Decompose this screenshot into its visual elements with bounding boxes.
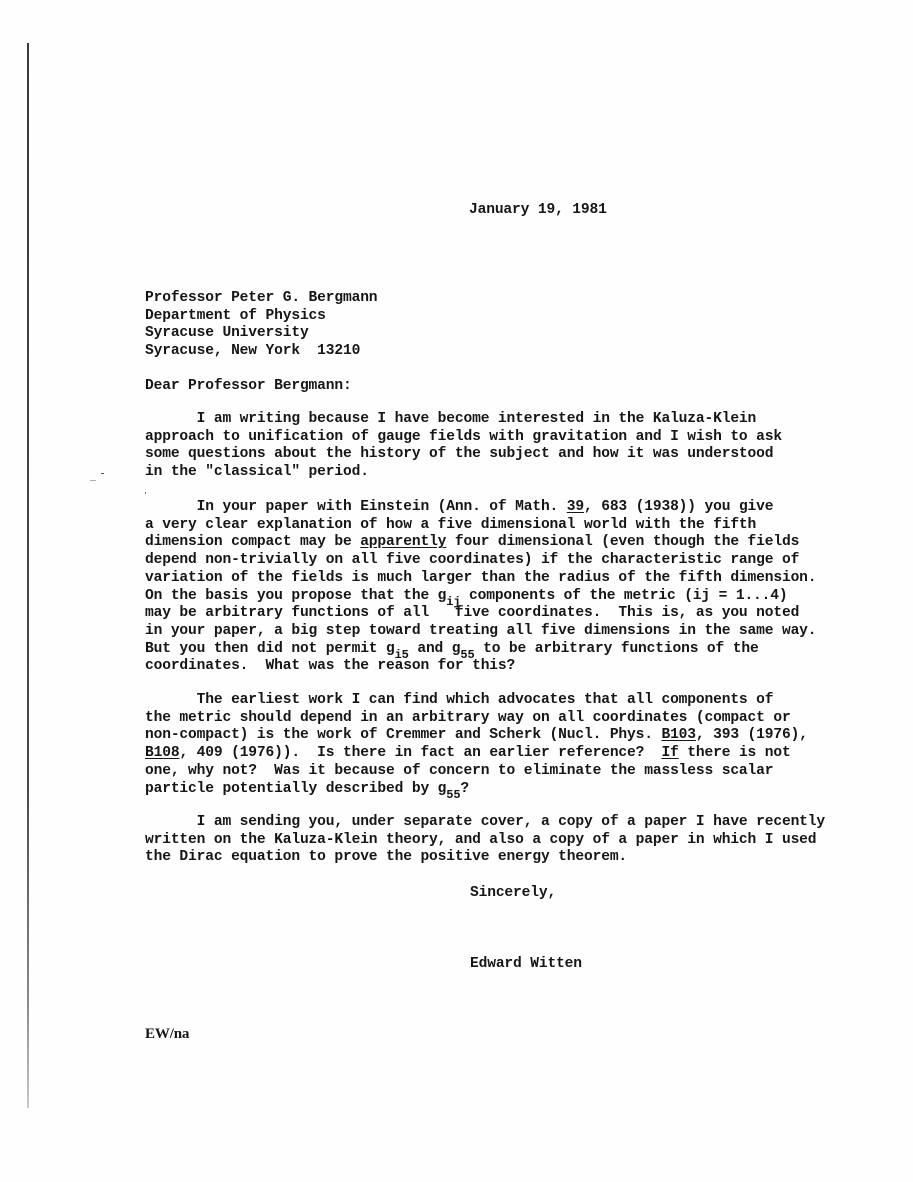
paragraph-1: I am writing because I have become inter… <box>145 411 782 482</box>
text-run: to be arbitrary functions of the <box>475 641 759 657</box>
paragraph-line: in your paper, a big step toward treatin… <box>145 623 816 641</box>
paragraph-line: non-compact) is the work of Cremmer and … <box>145 727 808 745</box>
paragraph-line: particle potentially described by g55? <box>145 781 808 799</box>
text-run: four dimensional (even though the fields <box>446 534 799 550</box>
text-run: On the basis you propose that the g <box>145 588 446 604</box>
text-run: In your paper with Einstein (Ann. of Mat… <box>145 499 567 515</box>
text-run: , 393 (1976), <box>696 727 808 743</box>
paragraph-line: dimension compact may be apparently four… <box>145 534 816 552</box>
scan-margin-line <box>27 43 29 1108</box>
paragraph-line: depend non-trivially on all five coordin… <box>145 552 816 570</box>
address-line: Department of Physics <box>145 308 377 326</box>
text-run: But you then did not permit g <box>145 641 395 657</box>
signature-name: Edward Witten <box>470 956 582 974</box>
paragraph-line: in the "classical" period. <box>145 464 782 482</box>
paragraph-4: I am sending you, under separate cover, … <box>145 814 825 867</box>
text-run: particle potentially described by g <box>145 781 446 797</box>
text-run: ? <box>460 781 469 797</box>
text-run: , 409 (1976)). Is there in fact an earli… <box>179 745 661 761</box>
text-run: components of the metric (ij = 1...4) <box>460 588 787 604</box>
paragraph-line: I am sending you, under separate cover, … <box>145 814 825 832</box>
paragraph-line: But you then did not permit gi5 and g55 … <box>145 641 816 659</box>
text-run: non-compact) is the work of Cremmer and … <box>145 727 661 743</box>
paragraph-line: may be arbitrary functions of all five c… <box>145 605 816 623</box>
paragraph-line: In your paper with Einstein (Ann. of Mat… <box>145 499 816 517</box>
letter-date: January 19, 1981 <box>469 202 607 220</box>
emphasis-underline: apparently <box>360 534 446 550</box>
paragraph-line: the metric should depend in an arbitrary… <box>145 710 808 728</box>
text-run: and g <box>409 641 461 657</box>
paragraph-3: The earliest work I can find which advoc… <box>145 692 808 798</box>
journal-volume: 39 <box>567 499 584 515</box>
paragraph-2: In your paper with Einstein (Ann. of Mat… <box>145 499 816 676</box>
text-run: dimension compact may be <box>145 534 360 550</box>
paragraph-line: one, why not? Was it because of concern … <box>145 763 808 781</box>
subscript: 55 <box>446 788 460 802</box>
text-run: there is not <box>679 745 791 761</box>
scan-speck <box>145 492 146 494</box>
salutation: Dear Professor Bergmann: <box>145 378 352 396</box>
paragraph-line: I am writing because I have become inter… <box>145 411 782 429</box>
paragraph-line: coordinates. What was the reason for thi… <box>145 658 816 676</box>
paragraph-line: On the basis you propose that the gij co… <box>145 588 816 606</box>
paragraph-line: some questions about the history of the … <box>145 446 782 464</box>
reference-initials: EW/na <box>145 1026 189 1044</box>
address-line: Syracuse, New York 13210 <box>145 343 377 361</box>
scan-speck <box>101 473 104 474</box>
address-line: Professor Peter G. Bergmann <box>145 290 377 308</box>
text-run: , 683 (1938)) you give <box>584 499 773 515</box>
scan-speck <box>90 480 96 481</box>
paragraph-line: The earliest work I can find which advoc… <box>145 692 808 710</box>
paragraph-line: the Dirac equation to prove the positive… <box>145 849 825 867</box>
paragraph-line: written on the Kaluza-Klein theory, and … <box>145 832 825 850</box>
paragraph-line: variation of the fields is much larger t… <box>145 570 816 588</box>
emphasis-underline: If <box>661 745 678 761</box>
letter-page: January 19, 1981 Professor Peter G. Berg… <box>0 0 913 1182</box>
closing: Sincerely, <box>470 885 556 903</box>
paragraph-line: a very clear explanation of how a five d… <box>145 517 816 535</box>
journal-reference: B103 <box>661 727 695 743</box>
recipient-address: Professor Peter G. Bergmann Department o… <box>145 290 377 361</box>
journal-reference: B108 <box>145 745 179 761</box>
address-line: Syracuse University <box>145 325 377 343</box>
paragraph-line: approach to unification of gauge fields … <box>145 429 782 447</box>
paragraph-line: B108, 409 (1976)). Is there in fact an e… <box>145 745 808 763</box>
